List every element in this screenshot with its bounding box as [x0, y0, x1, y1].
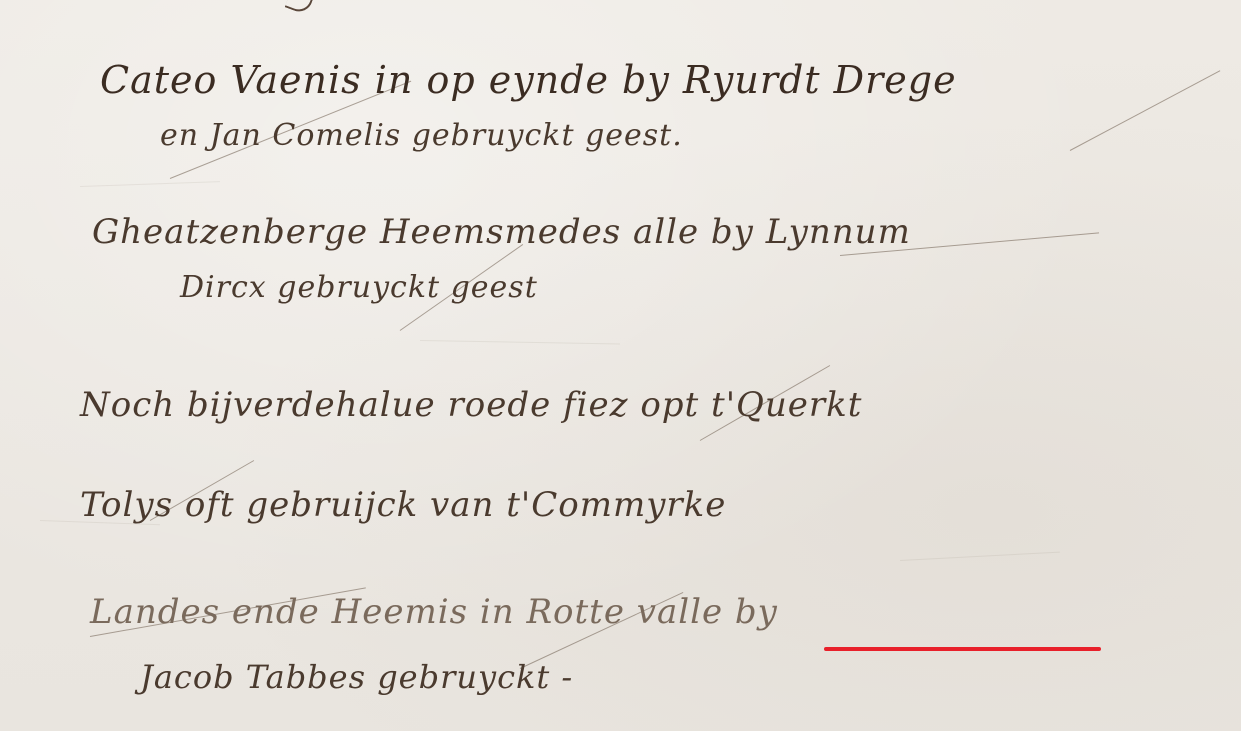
manuscript-page: Cateo Vaenis in op eynde by Ryurdt Drege… — [0, 0, 1241, 731]
line-text: Dircx gebruyckt geest — [180, 270, 538, 305]
manuscript-line-5: Noch bijverdehalue roede fiez opt t'Quer… — [80, 385, 862, 425]
manuscript-line-2: en Jan Comelis gebruyckt geest. — [160, 118, 683, 153]
manuscript-line-6: Tolys oft gebruijck van t'Commyrke — [80, 485, 726, 525]
manuscript-line-4: Dircx gebruyckt geest — [180, 270, 538, 305]
manuscript-line-7: Landes ende Heemis in Rotte valle by — [90, 592, 778, 632]
line-text: Noch bijverdehalue roede fiez opt t'Quer… — [80, 385, 862, 425]
paper-fiber — [420, 340, 620, 344]
manuscript-line-1: Cateo Vaenis in op eynde by Ryurdt Drege — [100, 58, 957, 102]
red-annotation-underline — [824, 647, 1101, 651]
line-text: Cateo Vaenis in op eynde by Ryurdt Drege — [100, 58, 957, 102]
line-text: Gheatzenberge Heemsmedes alle by Lynnum — [92, 212, 911, 252]
ink-descender-from-previous-line — [285, 0, 316, 15]
manuscript-line-8: Jacob Tabbes gebruyckt - — [140, 658, 573, 696]
line-text: Landes ende Heemis in Rotte valle by — [90, 592, 778, 632]
paper-fiber — [900, 552, 1060, 561]
paper-fiber — [80, 181, 220, 187]
line-text: en Jan Comelis gebruyckt geest. — [160, 118, 683, 153]
manuscript-line-3: Gheatzenberge Heemsmedes alle by Lynnum — [92, 212, 911, 252]
line-text: Tolys oft gebruijck van t'Commyrke — [80, 485, 726, 525]
ink-flourish — [1070, 70, 1221, 151]
line-text: Jacob Tabbes gebruyckt - — [140, 658, 573, 696]
